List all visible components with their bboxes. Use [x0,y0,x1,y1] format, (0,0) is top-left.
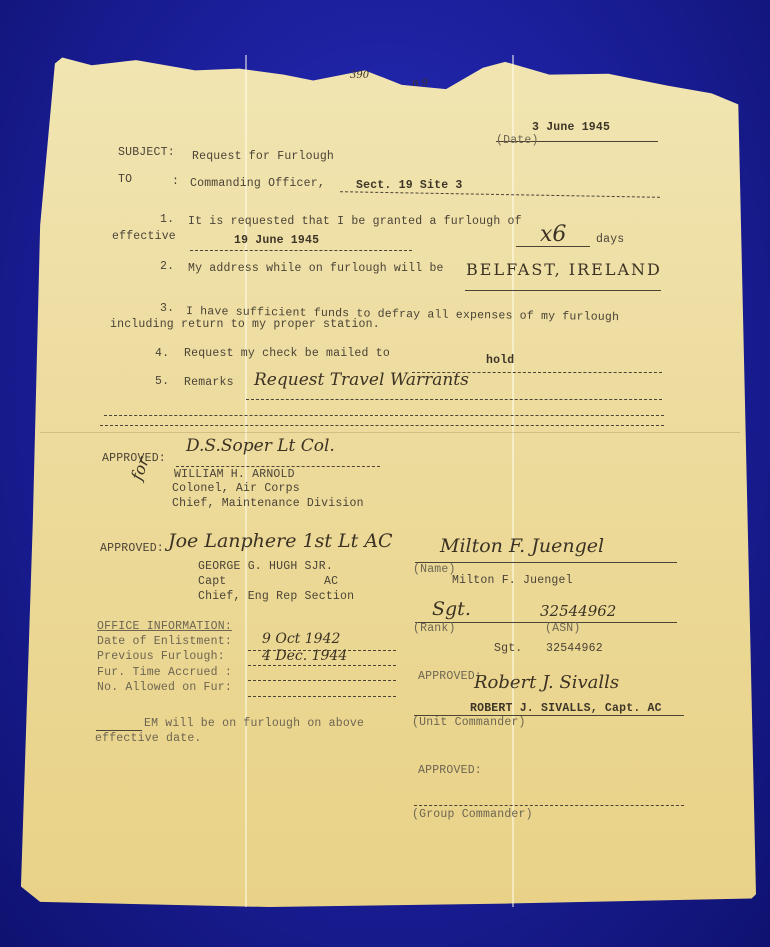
approval2-branch: AC [324,575,338,588]
top-mark-left: 390 [350,70,369,81]
enlistment-value: 9 Oct 1942 [262,631,340,647]
remarks-line [246,399,662,400]
approval3-label: APPROVED: [418,670,482,683]
approval1-rank: Colonel, Air Corps [172,482,300,495]
rank-typed: Sgt. [494,642,522,655]
item5-label: Remarks [184,376,234,389]
separator-line-1 [104,415,664,416]
em-line1: EM will be on furlough on above [144,717,364,730]
allowed-label: No. Allowed on Fur: [97,681,232,694]
approval2-signature: Joe Lanphere 1st Lt AC [168,530,393,552]
office-info-header: OFFICE INFORMATION: [97,620,232,633]
item4-text: Request my check be mailed to [184,347,390,360]
previous-line [248,665,396,666]
subject-value: Request for Furlough [192,150,334,163]
enlistment-label: Date of Enlistment: [97,635,232,648]
to-colon: : [172,175,179,188]
item5-number: 5. [155,375,169,388]
item1-number: 1. [160,213,174,226]
previous-furlough-value: 4 Dec. 1944 [262,648,347,664]
to-text: Commanding Officer, [190,177,325,190]
item3-number: 3. [160,302,174,315]
fold-crease-right [512,55,514,907]
approval3-role: (Unit Commander) [412,716,526,729]
allowed-line [248,696,396,697]
item3-line2: including return to my proper station. [110,318,380,331]
asn-label: (ASN) [545,622,581,635]
effective-label: effective [112,230,176,243]
asn-typed: 32544962 [546,642,603,655]
previous-furlough-label: Previous Furlough: [97,650,225,663]
top-mark-right: n 9 [412,78,428,89]
name-label: (Name) [413,563,456,576]
effective-date: 19 June 1945 [234,234,319,247]
em-line2: effective date. [95,732,202,745]
accrued-label: Fur. Time Accrued : [97,666,232,679]
item4-value: hold [486,354,514,367]
approval2-title: Chief, Eng Rep Section [198,590,354,603]
days-line [516,246,590,247]
asn-handwritten: 32544962 [540,602,616,620]
name-typed: Milton F. Juengel [452,574,573,587]
subject-label: SUBJECT: [118,146,175,159]
effective-line [190,250,412,251]
item1-days-value: x6 [540,222,566,247]
approval4-line [414,805,684,806]
item5-remarks: Request Travel Warrants [254,370,469,390]
date-label: (Date) [496,134,539,147]
em-blank-line [96,730,142,731]
item1-days-label: days [596,233,624,246]
approval4-role: (Group Commander) [412,808,533,821]
rank-label: (Rank) [413,622,456,635]
item2-text: My address while on furlough will be [188,262,444,275]
approval4-label: APPROVED: [418,764,482,777]
fold-crease-horizontal [40,432,740,433]
item2-number: 2. [160,260,174,273]
approval2-rank: Capt [198,575,226,588]
approval1-line [176,466,380,467]
approval2-name: GEORGE G. HUGH SJR. [198,560,333,573]
to-value: Sect. 19 Site 3 [356,179,463,192]
date-value: 3 June 1945 [532,121,610,134]
address-line [465,290,661,291]
approval2-label: APPROVED: [100,542,164,555]
item2-address: BELFAST, IRELAND [466,260,662,279]
approval3-typed: ROBERT J. SIVALLS, Capt. AC [470,702,662,715]
item4-number: 4. [155,347,169,360]
approval1-title: Chief, Maintenance Division [172,497,364,510]
requester-signature: Milton F. Juengel [440,535,604,557]
separator-line-2 [100,425,664,426]
approval1-signature: D.S.Soper Lt Col. [186,436,335,456]
rank-handwritten: Sgt. [432,598,471,620]
accrued-line [248,680,396,681]
approval1-name: WILLIAM H. ARNOLD [174,468,295,481]
item1-text: It is requested that I be granted a furl… [188,215,522,228]
to-label: TO [118,173,132,186]
approval3-signature: Robert J. Sivalls [474,672,619,693]
